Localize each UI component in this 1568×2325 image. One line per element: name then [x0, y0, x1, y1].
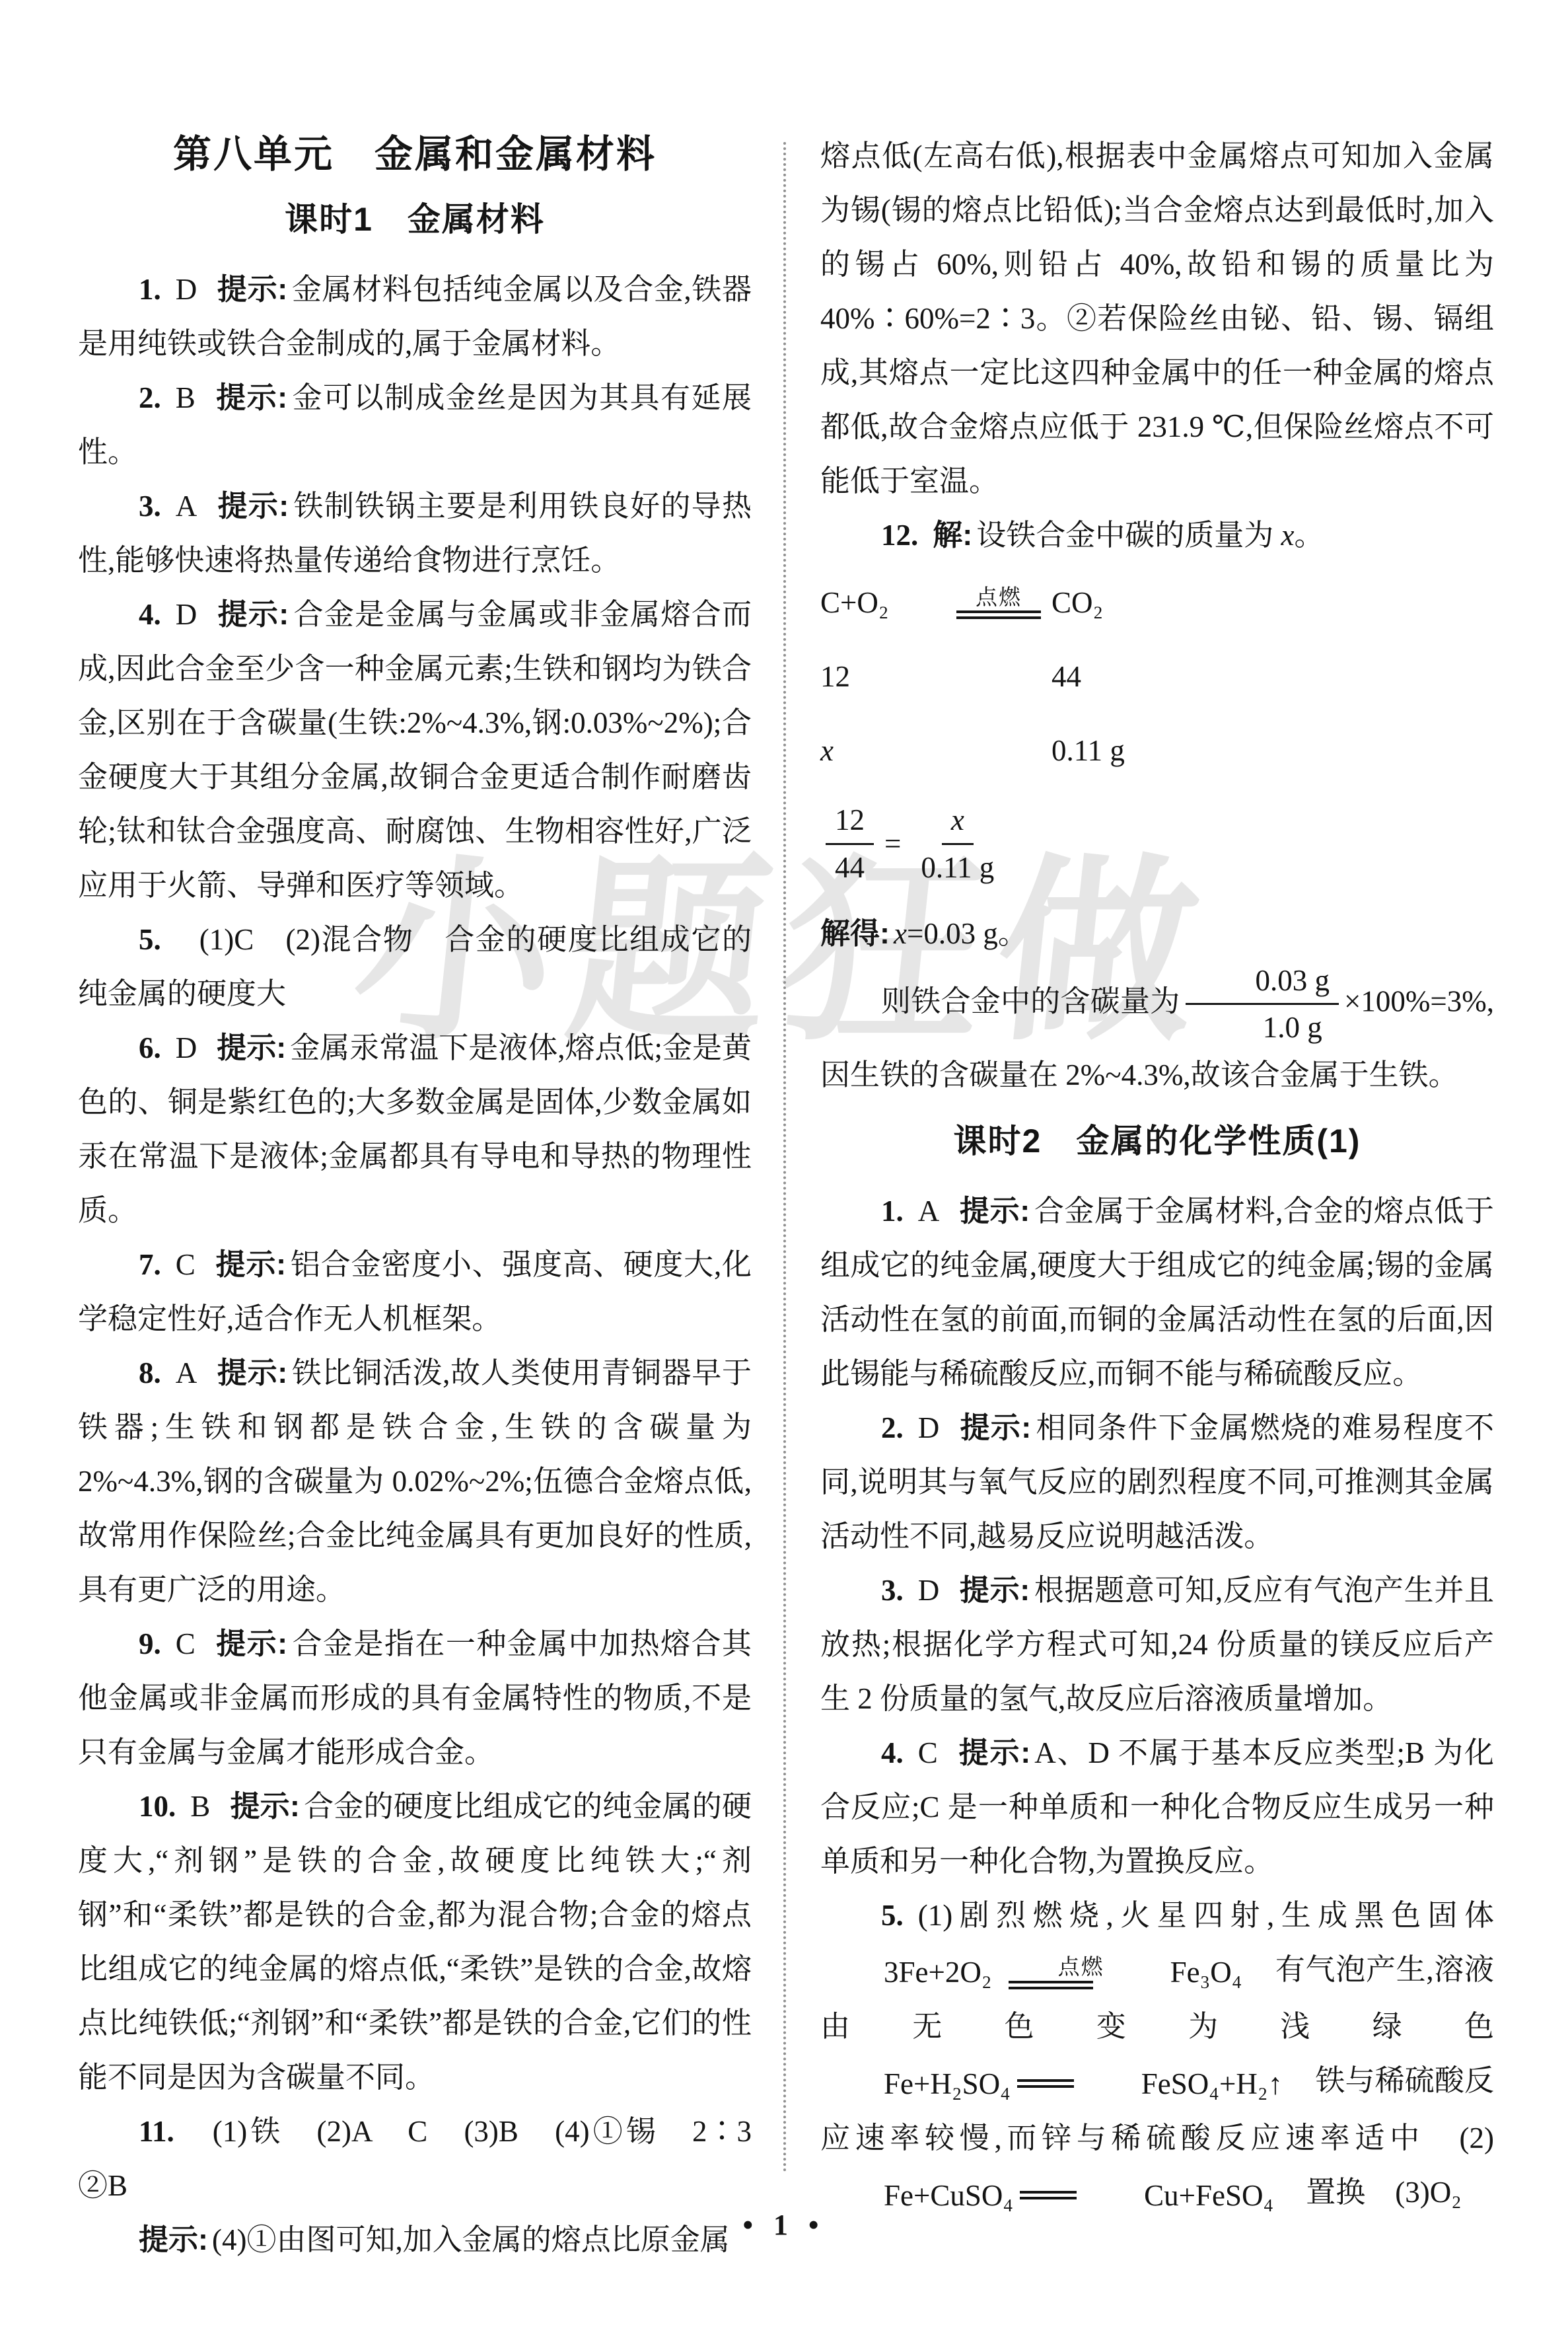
item-number: 3. [139, 490, 161, 523]
item-number: 12. [881, 519, 918, 552]
answer-item-6: 6.D提示:金属汞常温下是液体,熔点低;金是黄色的、铜是紫红色的;大多数金属是固… [78, 1021, 752, 1237]
answer-item-l2-5: 5.(1)剧烈燃烧,火星四射,生成黑色固体3Fe+2O₂点燃Fe₃O₄ 有气泡产… [820, 1888, 1494, 2223]
item-number: 1. [139, 273, 161, 306]
chemical-equation-block: C+O₂ 点燃 CO₂ 12 44 x 0.11 g [820, 575, 1494, 778]
proportion-equation: 1244 = x0.11 g [820, 800, 1494, 888]
hint-label: 提示: [959, 1194, 1030, 1228]
solve-result-line: 解得:x=0.03 g。 [820, 906, 1494, 961]
item-number: 4. [139, 598, 161, 631]
molar-mass-left: 12 [820, 649, 946, 704]
hint-label: 提示: [959, 1573, 1030, 1607]
item-text: 设铁合金中碳的质量为 [976, 519, 1281, 552]
right-column: 熔点低(左高右低),根据表中金属熔点可知加入金属为锡(锡的熔点比铅低);当合金熔… [820, 129, 1494, 2223]
item-text: (1)C (2)混合物 合金的硬度比组成它的纯金属的硬度大 [78, 923, 752, 1010]
item-number: 8. [139, 1356, 161, 1389]
equation-product: CO₂ [1051, 575, 1103, 630]
answer-item-l2-3: 3.D提示:根据题意可知,反应有气泡产生并且放热;根据化学方程式可知,24 份质… [820, 1563, 1494, 1726]
fraction-left: 1244 [826, 800, 874, 888]
hint-label: 提示: [217, 597, 289, 631]
double-bond-equals-icon [1009, 1981, 1093, 1989]
ignite-equals-sign: 点燃 [997, 1956, 1104, 1989]
item-answer: D [918, 1411, 940, 1444]
hint-label: 提示: [217, 272, 287, 306]
item-answer: D [176, 273, 197, 306]
variable-x: x [1281, 519, 1295, 552]
item-number: 9. [139, 1627, 161, 1660]
item-number: 1. [881, 1195, 904, 1228]
answer-item-10: 10.B提示:合金的硬度比组成它的纯金属的硬度大,“剂钢”是铁的合金,故硬度比纯… [78, 1779, 752, 2104]
hint-continuation: 熔点低(左高右低),根据表中金属熔点可知加入金属为锡(锡的熔点比铅低);当合金熔… [820, 129, 1494, 508]
item-number: 2. [881, 1411, 904, 1444]
hint-label: 提示: [959, 1411, 1031, 1444]
item-answer: A [176, 490, 197, 523]
result-text: ×100%= [1344, 984, 1447, 1017]
iron-combustion-equation: 3Fe+2O₂点燃Fe₃O₄ [823, 1945, 1242, 1999]
item-answer: A [918, 1195, 940, 1228]
answer-item-l2-2: 2.D提示:相同条件下金属燃烧的难易程度不同,说明其与氧气反应的剧烈程度不同,可… [820, 1401, 1494, 1563]
item-number: 2. [139, 381, 161, 414]
answer-item-l2-4: 4.C提示:A、D 不属于基本反应类型;B 为化合反应;C 是一种单质和一种化合… [820, 1726, 1494, 1888]
hint-label: 提示: [230, 1789, 300, 1823]
hint-label: 提示: [958, 1736, 1031, 1769]
carbon-content-result: 则铁合金中的含碳量为0.03 g1.0 g×100%=3%,因生铁的含碳量在 2… [820, 961, 1494, 1103]
item-answer: C [176, 1248, 196, 1281]
column-divider [783, 142, 786, 2174]
item-text: 铁比铜活泼,故人类使用青铜器早于铁器;生铁和钢都是铁合金,生铁的含碳量为 2%~… [78, 1356, 752, 1606]
unknown-x: x [820, 723, 946, 778]
solve-label: 解得: [820, 916, 890, 950]
answer-item-2: 2.B提示:金可以制成金丝是因为其具有延展性。 [78, 371, 752, 479]
item-answer: C [918, 1736, 938, 1769]
item-answer: D [176, 1031, 197, 1064]
item-number: 5. [881, 1899, 904, 1932]
given-mass: 0.11 g [1051, 723, 1125, 778]
item-answer: D [176, 598, 197, 631]
item-number: 4. [881, 1736, 904, 1769]
ignite-condition: 点燃 [976, 586, 1022, 611]
answer-item-7: 7.C提示:铝合金密度小、强度高、硬度大,化学稳定性好,适合作无人机框架。 [78, 1237, 752, 1346]
item-number: 5. [139, 923, 161, 956]
item-number: 6. [139, 1031, 161, 1064]
answer-item-5: 5.(1)C (2)混合物 合金的硬度比组成它的纯金属的硬度大 [78, 912, 752, 1021]
item-text: 合金的硬度比组成它的纯金属的硬度大,“剂钢”是铁的合金,故硬度比纯铁大;“剂钢”… [78, 1790, 752, 2094]
fraction-inline: 0.03 g1.0 g [1186, 961, 1339, 1049]
page-number: • 1 • [0, 2198, 1568, 2252]
answer-item-12: 12.解:设铁合金中碳的质量为 x。 [820, 508, 1494, 562]
double-bond-equals-icon [1017, 2079, 1074, 2088]
equation-reactants: C+O₂ [820, 575, 946, 630]
result-text: 则铁合金中的含碳量为 [881, 984, 1180, 1017]
item-answer: D [918, 1574, 940, 1607]
answer-item-9: 9.C提示:合金是指在一种金属中加热熔合其他金属或非金属而形成的具有金属特性的物… [78, 1617, 752, 1779]
equals-sign: = [884, 817, 901, 871]
unit-title: 第八单元 金属和金属材料 [78, 129, 752, 180]
fraction-right: x0.11 g [911, 800, 1003, 888]
iron-acid-equation: Fe+H₂SO₄FeSO₄+H₂↑ [823, 2057, 1283, 2111]
solve-label: 解: [933, 518, 972, 552]
item-text: (1)剧烈燃烧,火星四射,生成黑色固体 [918, 1899, 1494, 1932]
item-number: 7. [139, 1248, 161, 1281]
hint-label: 提示: [217, 489, 289, 523]
item-text: 合金是金属与金属或非金属熔合而成,因此合金至少含一种金属元素;生铁和钢均为铁合金… [78, 598, 752, 902]
item-answer: B [190, 1790, 210, 1823]
hint-label: 提示: [215, 1247, 286, 1281]
variable-x: x [894, 917, 907, 950]
molar-mass-right: 44 [1051, 649, 1081, 704]
answer-item-4: 4.D提示:合金是金属与金属或非金属熔合而成,因此合金至少含一种金属元素;生铁和… [78, 587, 752, 912]
hint-label: 提示: [217, 1031, 286, 1064]
answer-item-11: 11.(1)铁 (2)A C (3)B (4)①锡 2∶3 ②B [78, 2104, 752, 2213]
answer-item-l2-1: 1.A提示:合金属于金属材料,合金的熔点低于组成它的纯金属,硬度大于组成它的纯金… [820, 1184, 1494, 1401]
item-answer: A [176, 1356, 197, 1389]
hint-label: 提示: [215, 381, 287, 414]
left-column: 第八单元 金属和金属材料 课时1 金属材料 1.D提示:金属材料包括纯金属以及合… [78, 129, 752, 2267]
item-text: 。 [1295, 519, 1324, 552]
item-answer: B [176, 381, 196, 414]
hint-label: 提示: [215, 1627, 287, 1660]
answer-item-1: 1.D提示:金属材料包括纯金属以及合金,铁器是用纯铁或铁合金制成的,属于金属材料… [78, 262, 752, 371]
item-number: 3. [881, 1574, 904, 1607]
answer-item-8: 8.A提示:铁比铜活泼,故人类使用青铜器早于铁器;生铁和钢都是铁合金,生铁的含碳… [78, 1346, 752, 1617]
item-text: (1)铁 (2)A C (3)B (4)①锡 2∶3 ②B [78, 2115, 781, 2202]
lesson1-title: 课时1 金属材料 [78, 198, 752, 242]
ignite-equals-sign: 点燃 [956, 586, 1041, 620]
item-answer: C [176, 1627, 196, 1660]
lesson2-title: 课时2 金属的化学性质(1) [820, 1119, 1494, 1164]
item-number: 11. [139, 2115, 174, 2148]
hint-label: 提示: [217, 1356, 287, 1389]
answer-key-page: 小题狂做 第八单元 金属和金属材料 课时1 金属材料 1.D提示:金属材料包括纯… [0, 0, 1568, 2325]
item-number: 10. [139, 1790, 176, 1823]
solve-value: =0.03 g。 [907, 917, 1028, 950]
answer-item-3: 3.A提示:铁制铁锅主要是利用铁良好的导热性,能够快速将热量传递给食物进行烹饪。 [78, 479, 752, 587]
double-bond-equals-icon [956, 610, 1041, 619]
